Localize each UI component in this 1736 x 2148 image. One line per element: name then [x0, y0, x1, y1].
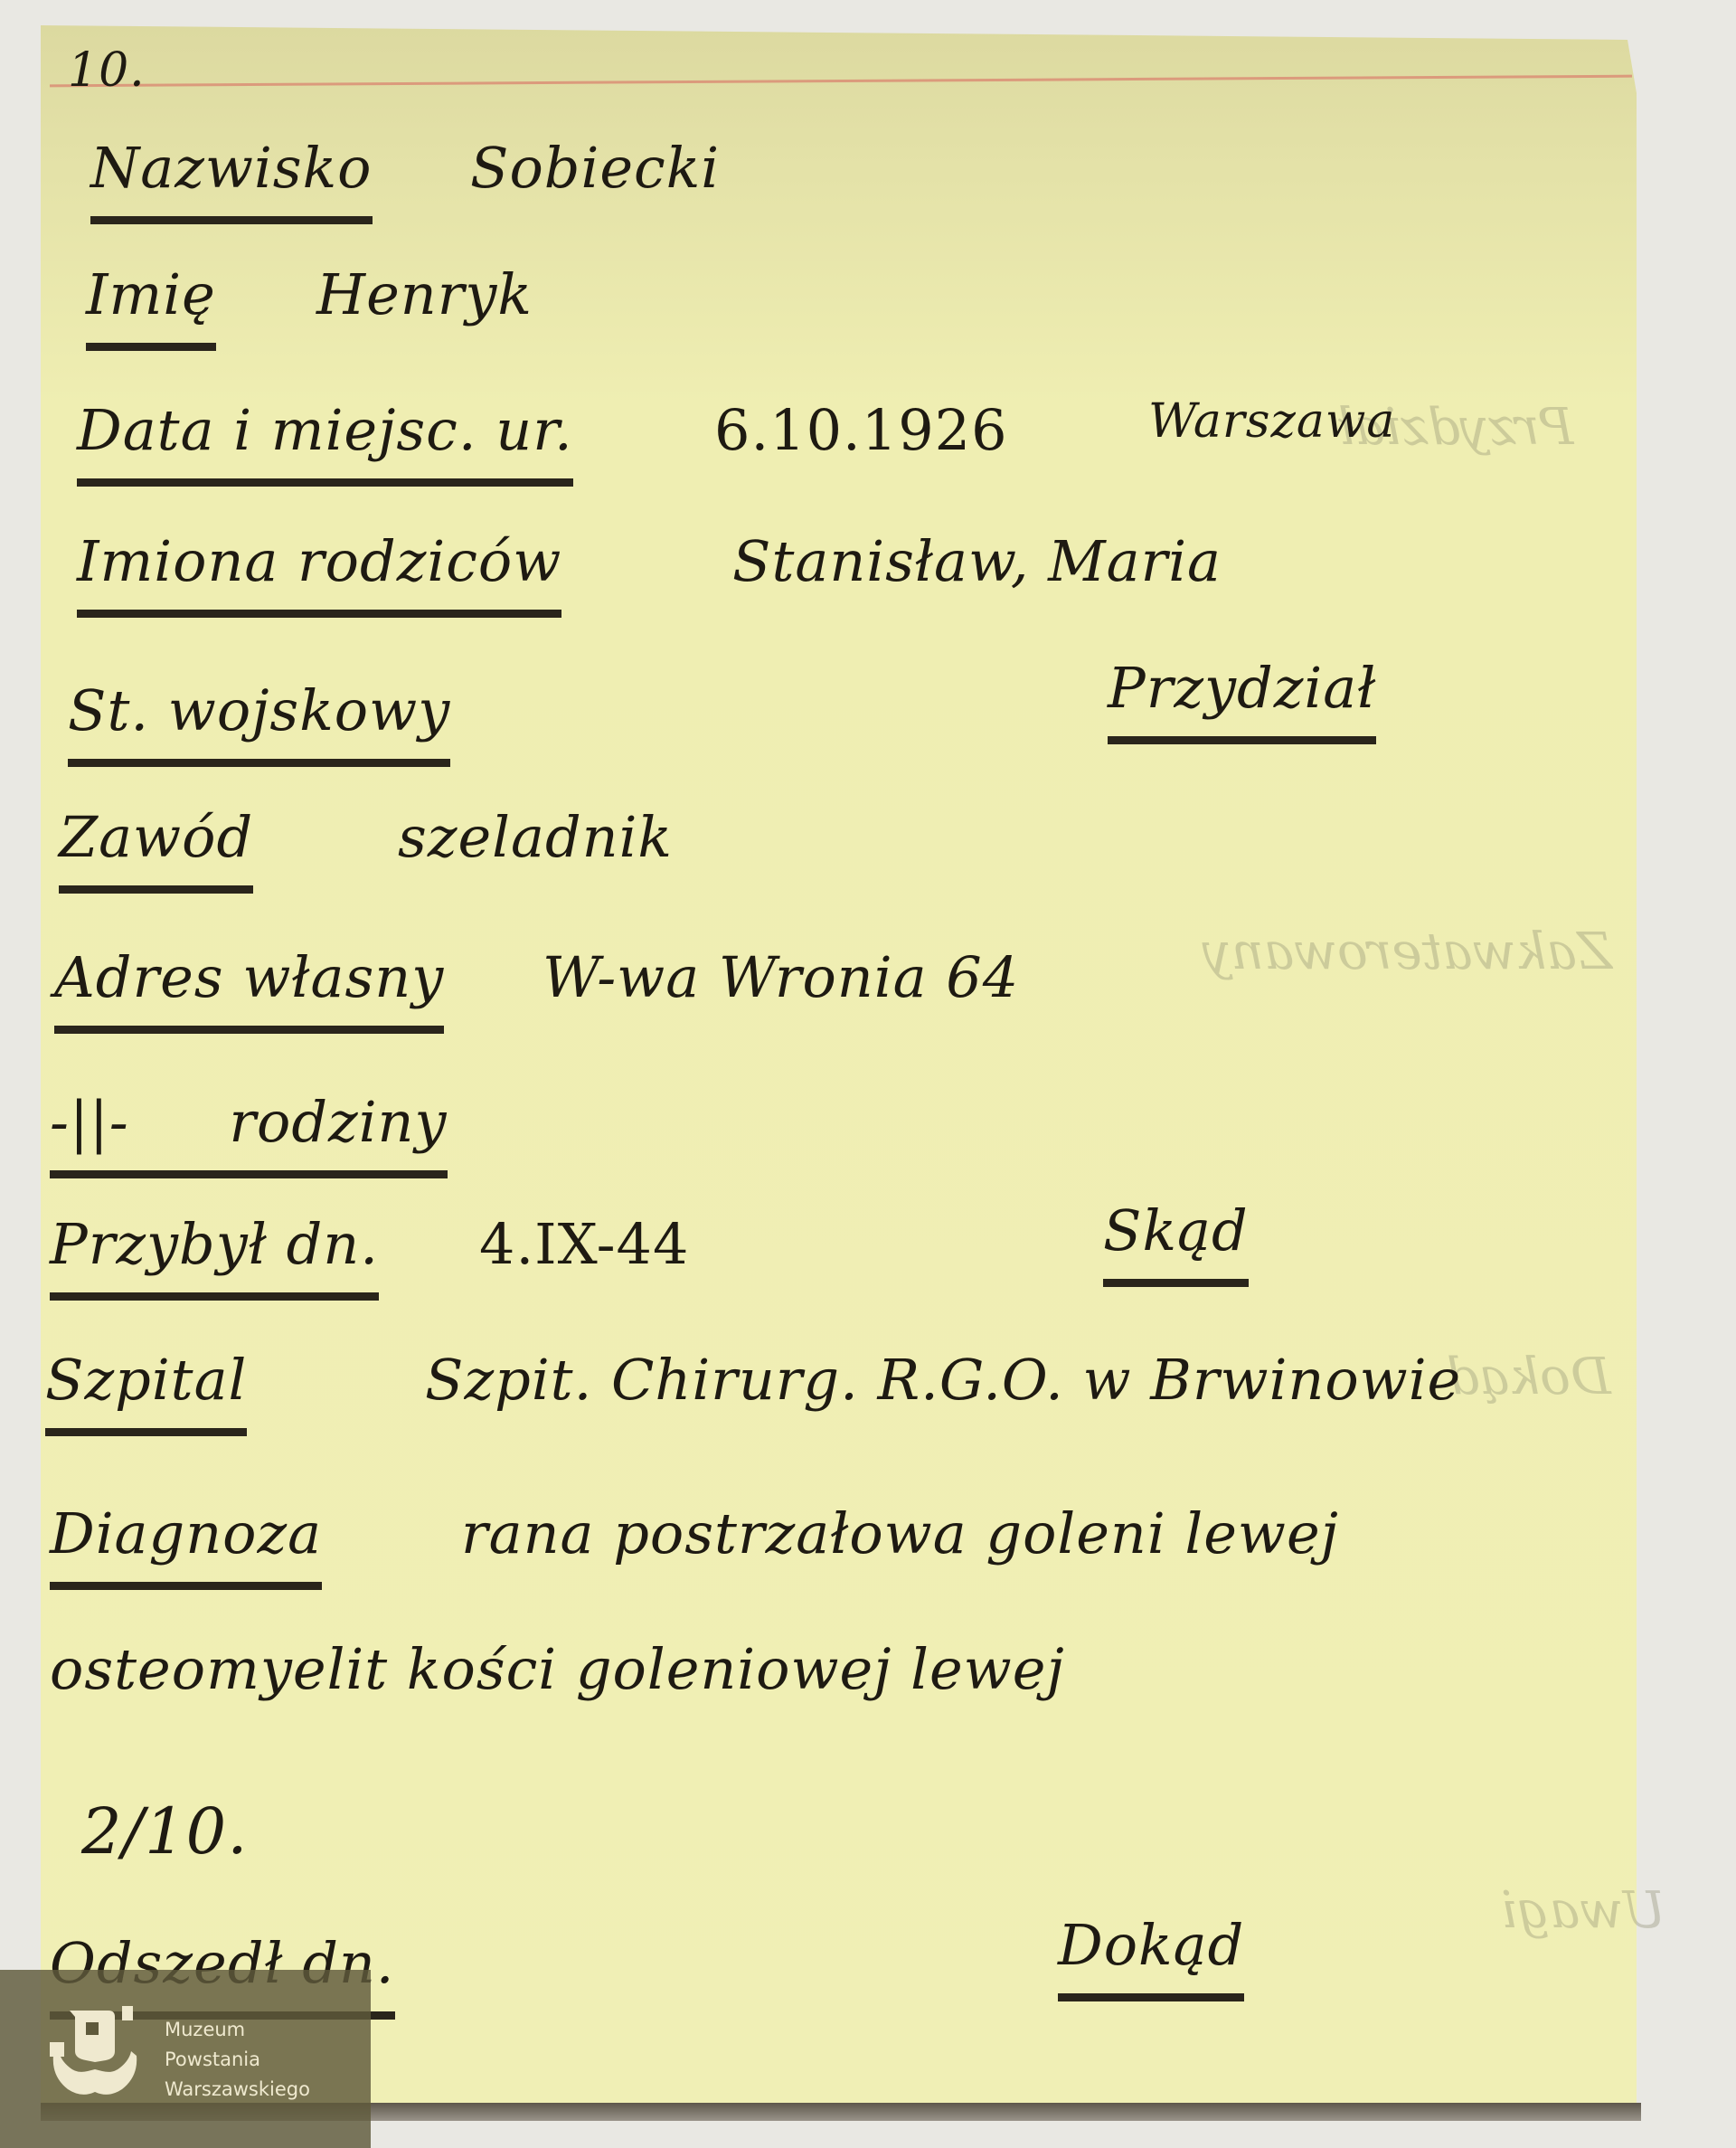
- museum-name-line-3: Warszawskiego: [165, 2075, 310, 2105]
- diagnosis-label: Diagnoza: [50, 1506, 322, 1590]
- arrived-label: Przybył dn.: [50, 1216, 379, 1301]
- bleed-through-text: Dokąd: [1447, 1348, 1611, 1406]
- profession-value: szeladnik: [398, 809, 673, 866]
- profession-label: Zawód: [59, 809, 253, 894]
- surname-label: Nazwisko: [90, 140, 373, 224]
- museum-name: Muzeum Powstania Warszawskiego: [165, 2015, 310, 2105]
- family-address-label: -||- rodziny: [50, 1094, 448, 1178]
- bleed-through-text: Zakwaterowany: [1203, 923, 1612, 981]
- first-name-label: Imię: [86, 267, 216, 351]
- diagnosis-line-1: rana postrzałowa goleni lewej: [461, 1506, 1339, 1562]
- diagnosis-line-2: osteomyelit kości goleniowej lewej: [50, 1642, 1065, 1698]
- card-number: 10.: [68, 47, 146, 94]
- birth-label: Data i miejsc. ur.: [77, 402, 573, 487]
- bleed-through-text: Uwagi: [1501, 1881, 1665, 1940]
- own-address-value: W-wa Wronia 64: [542, 950, 1019, 1006]
- museum-name-line-2: Powstania: [165, 2045, 310, 2075]
- ditto-mark: -||-: [50, 1089, 129, 1155]
- to-label: Dokąd: [1058, 1917, 1244, 2001]
- hospital-value: Szpit. Chirurg. R.G.O. w Brwinowie: [425, 1352, 1461, 1408]
- parents-label: Imiona rodziców: [77, 534, 561, 618]
- museum-name-line-1: Muzeum: [165, 2015, 310, 2045]
- kotwica-anchor-icon: [50, 2006, 140, 2110]
- first-name-value: Henryk: [316, 267, 533, 323]
- hospital-label: Szpital: [45, 1352, 247, 1436]
- birth-place: Warszawa: [1148, 398, 1395, 445]
- assignment-label: Przydział: [1108, 660, 1376, 744]
- own-address-label: Adres własny: [54, 950, 444, 1034]
- family-label-text: rodziny: [229, 1089, 447, 1155]
- note-value: 2/10.: [81, 1800, 248, 1863]
- from-label: Skąd: [1103, 1203, 1249, 1287]
- military-rank-label: St. wojskowy: [68, 683, 450, 767]
- museum-watermark: Muzeum Powstania Warszawskiego: [0, 1970, 371, 2148]
- parents-value: Stanisław, Maria: [732, 534, 1222, 590]
- arrived-value: 4.IX-44: [479, 1216, 689, 1273]
- birth-date: 6.10.1926: [714, 402, 1008, 459]
- surname-value: Sobiecki: [470, 140, 720, 196]
- record-card: [41, 25, 1637, 2110]
